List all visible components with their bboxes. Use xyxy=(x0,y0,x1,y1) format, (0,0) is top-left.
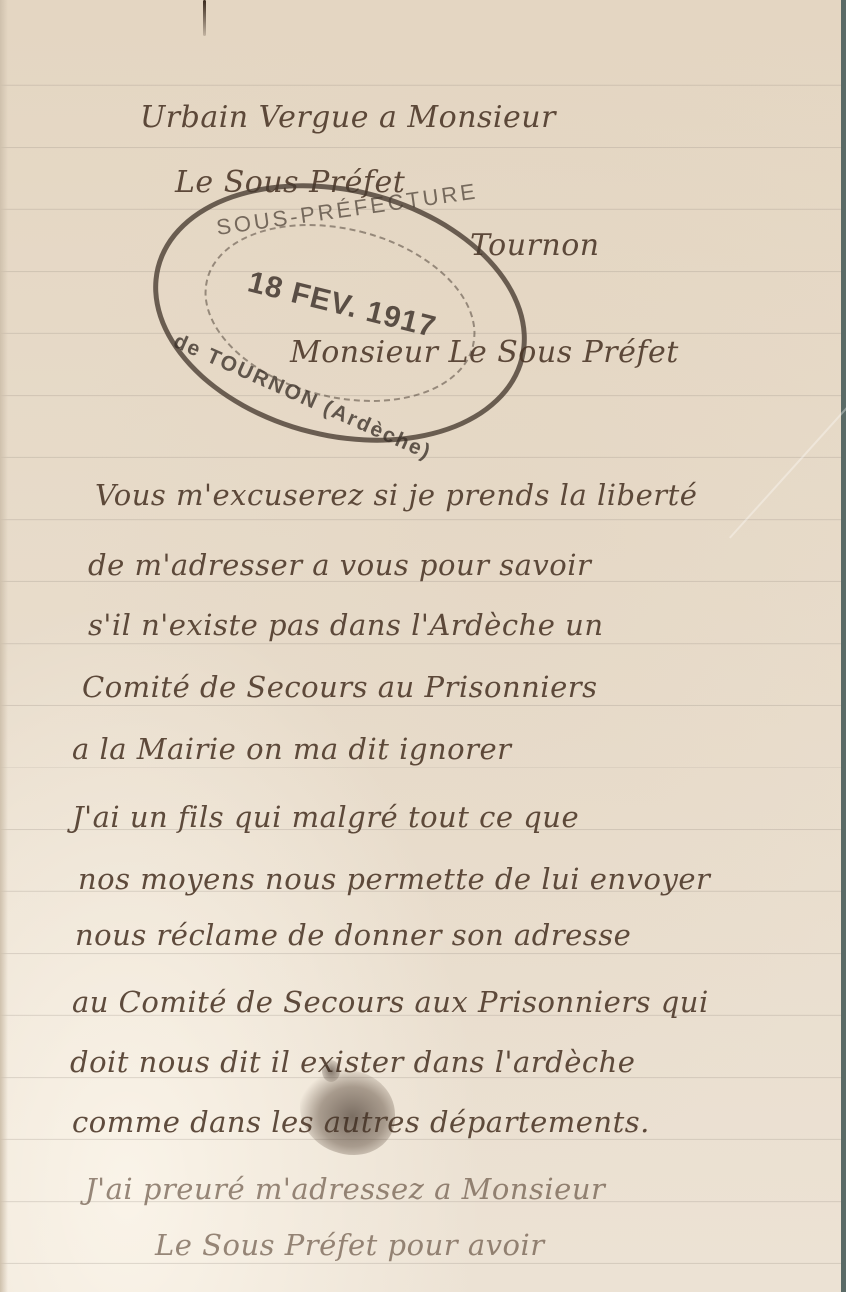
ink-stain xyxy=(300,1070,395,1155)
ink-stain-small xyxy=(322,1060,340,1082)
header-line-sender: Urbain Vergue a Monsieur xyxy=(140,100,556,135)
salutation: Monsieur Le Sous Préfet xyxy=(290,335,679,370)
body-line-9: au Comité de Secours aux Prisonniers qui xyxy=(72,985,709,1019)
body-line-1: Vous m'excuserez si je prends la liberté xyxy=(95,478,697,512)
letter-page: Urbain Vergue a Monsieur Le Sous Préfet … xyxy=(0,0,846,1292)
paper-right-edge xyxy=(841,0,846,1292)
body-line-12: J'ai preuré m'adressez a Monsieur xyxy=(85,1172,605,1206)
body-line-2: de m'adresser a vous pour savoir xyxy=(88,548,591,582)
paper-crease xyxy=(729,403,846,538)
body-line-13: Le Sous Préfet pour avoir xyxy=(155,1228,545,1262)
body-line-8: nous réclame de donner son adresse xyxy=(75,918,631,952)
body-line-7: nos moyens nous permette de lui envoyer xyxy=(78,862,710,896)
paper-left-edge xyxy=(0,0,8,1292)
body-line-6: J'ai un fils qui malgré tout ce que xyxy=(72,800,579,834)
ink-drip-mark xyxy=(203,0,206,36)
body-line-4: Comité de Secours au Prisonniers xyxy=(82,670,598,704)
body-line-3: s'il n'existe pas dans l'Ardèche un xyxy=(88,608,604,642)
body-line-5: a la Mairie on ma dit ignorer xyxy=(72,732,512,766)
sous-prefecture-stamp: SOUS-PRÉFECTURE 18 FEV. 1917 de TOURNON … xyxy=(125,146,554,481)
